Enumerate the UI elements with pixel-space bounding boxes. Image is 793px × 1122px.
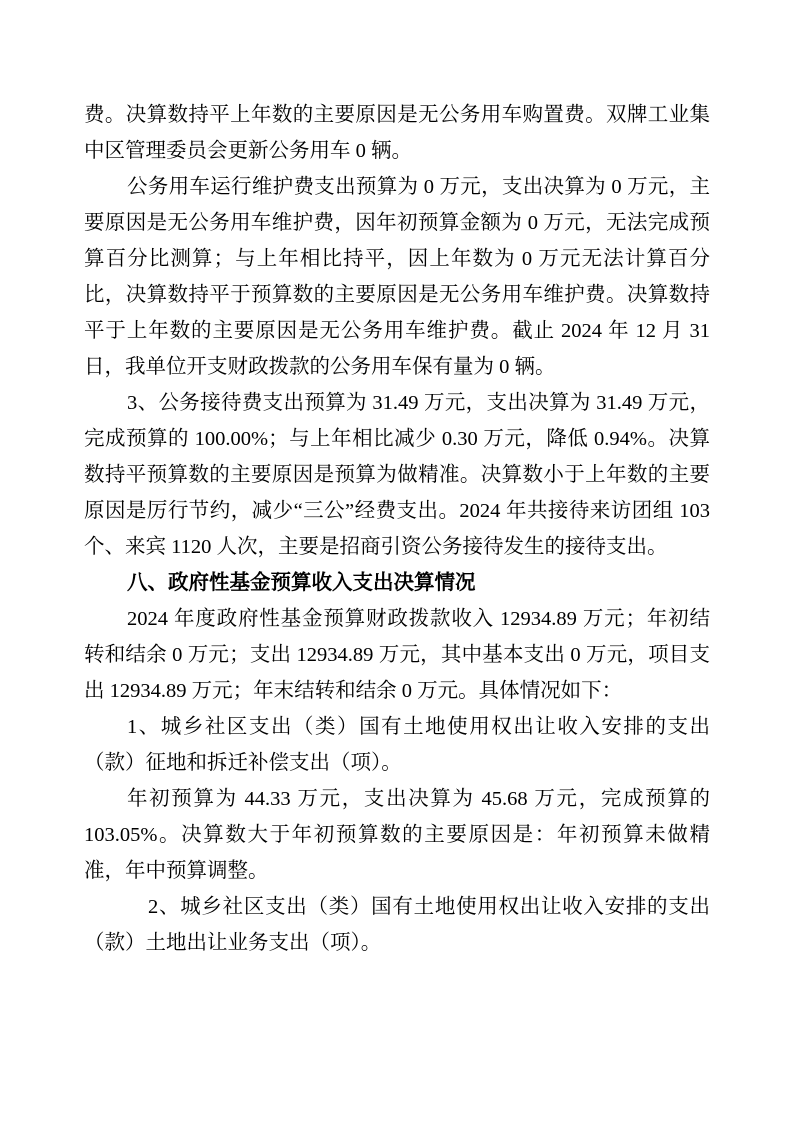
paragraph-item2-land-transfer-business: 2、城乡社区支出（类）国有土地使用权出让收入安排的支出（款）土地出让业务支出（项… (84, 889, 710, 961)
document-page: 费。决算数持平上年数的主要原因是无公务用车购置费。双牌工业集中区管理委员会更新公… (0, 0, 793, 1122)
section-heading-government-fund-budget: 八、政府性基金预算收入支出决算情况 (84, 565, 710, 601)
paragraph-item1-land-expropriation: 1、城乡社区支出（类）国有土地使用权出让收入安排的支出（款）征地和拆迁补偿支出（… (84, 709, 710, 781)
paragraph-item1-budget-figures: 年初预算为 44.33 万元，支出决算为 45.68 万元，完成预算的 103.… (84, 781, 710, 889)
paragraph-official-reception-expense: 3、公务接待费支出预算为 31.49 万元，支出决算为 31.49 万元，完成预… (84, 385, 710, 565)
document-body: 费。决算数持平上年数的主要原因是无公务用车购置费。双牌工业集中区管理委员会更新公… (84, 97, 710, 961)
paragraph-vehicle-maintenance: 公务用车运行维护费支出预算为 0 万元，支出决算为 0 万元，主要原因是无公务用… (84, 169, 710, 385)
paragraph-vehicle-purchase-continuation: 费。决算数持平上年数的主要原因是无公务用车购置费。双牌工业集中区管理委员会更新公… (84, 97, 710, 169)
paragraph-fund-budget-overview: 2024 年度政府性基金预算财政拨款收入 12934.89 万元；年初结转和结余… (84, 601, 710, 709)
